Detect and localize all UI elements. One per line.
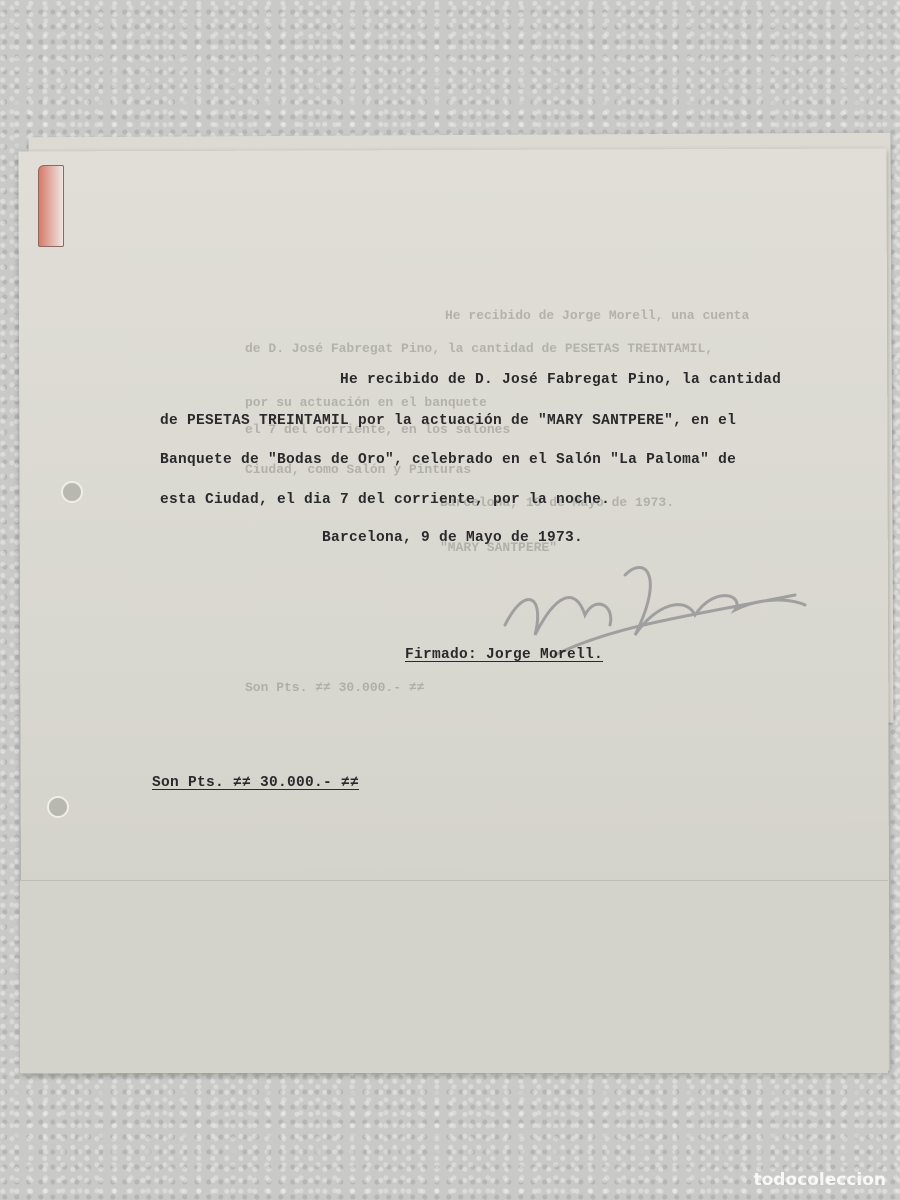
receipt-line-2: de PESETAS TREINTAMIL por la actuación d… [160,413,736,429]
watermark: todocoleccion [753,1170,886,1190]
place-date: Barcelona, 9 de Mayo de 1973. [322,530,583,546]
receipt-line-1: He recibido de D. José Fabregat Pino, la… [340,372,781,388]
receipt-line-4: esta Ciudad, el dia 7 del corriente, por… [160,492,610,508]
punch-hole-upper [61,481,83,503]
punch-hole-lower [47,796,69,818]
red-tab [38,165,64,247]
signed-by: Firmado: Jorge Morell. [405,647,603,663]
ghost-line: de D. José Fabregat Pino, la cantidad de… [245,341,713,356]
receipt-line-3: Banquete de "Bodas de Oro", celebrado en… [160,452,736,468]
ghost-line: Son Pts. ≠≠ 30.000.- ≠≠ [245,680,424,695]
paper-fold [20,880,888,1073]
amount-line: Son Pts. ≠≠ 30.000.- ≠≠ [152,775,359,791]
ghost-line: por su actuación en el banquete [245,395,487,410]
ghost-line: He recibido de Jorge Morell, una cuenta [445,308,749,323]
